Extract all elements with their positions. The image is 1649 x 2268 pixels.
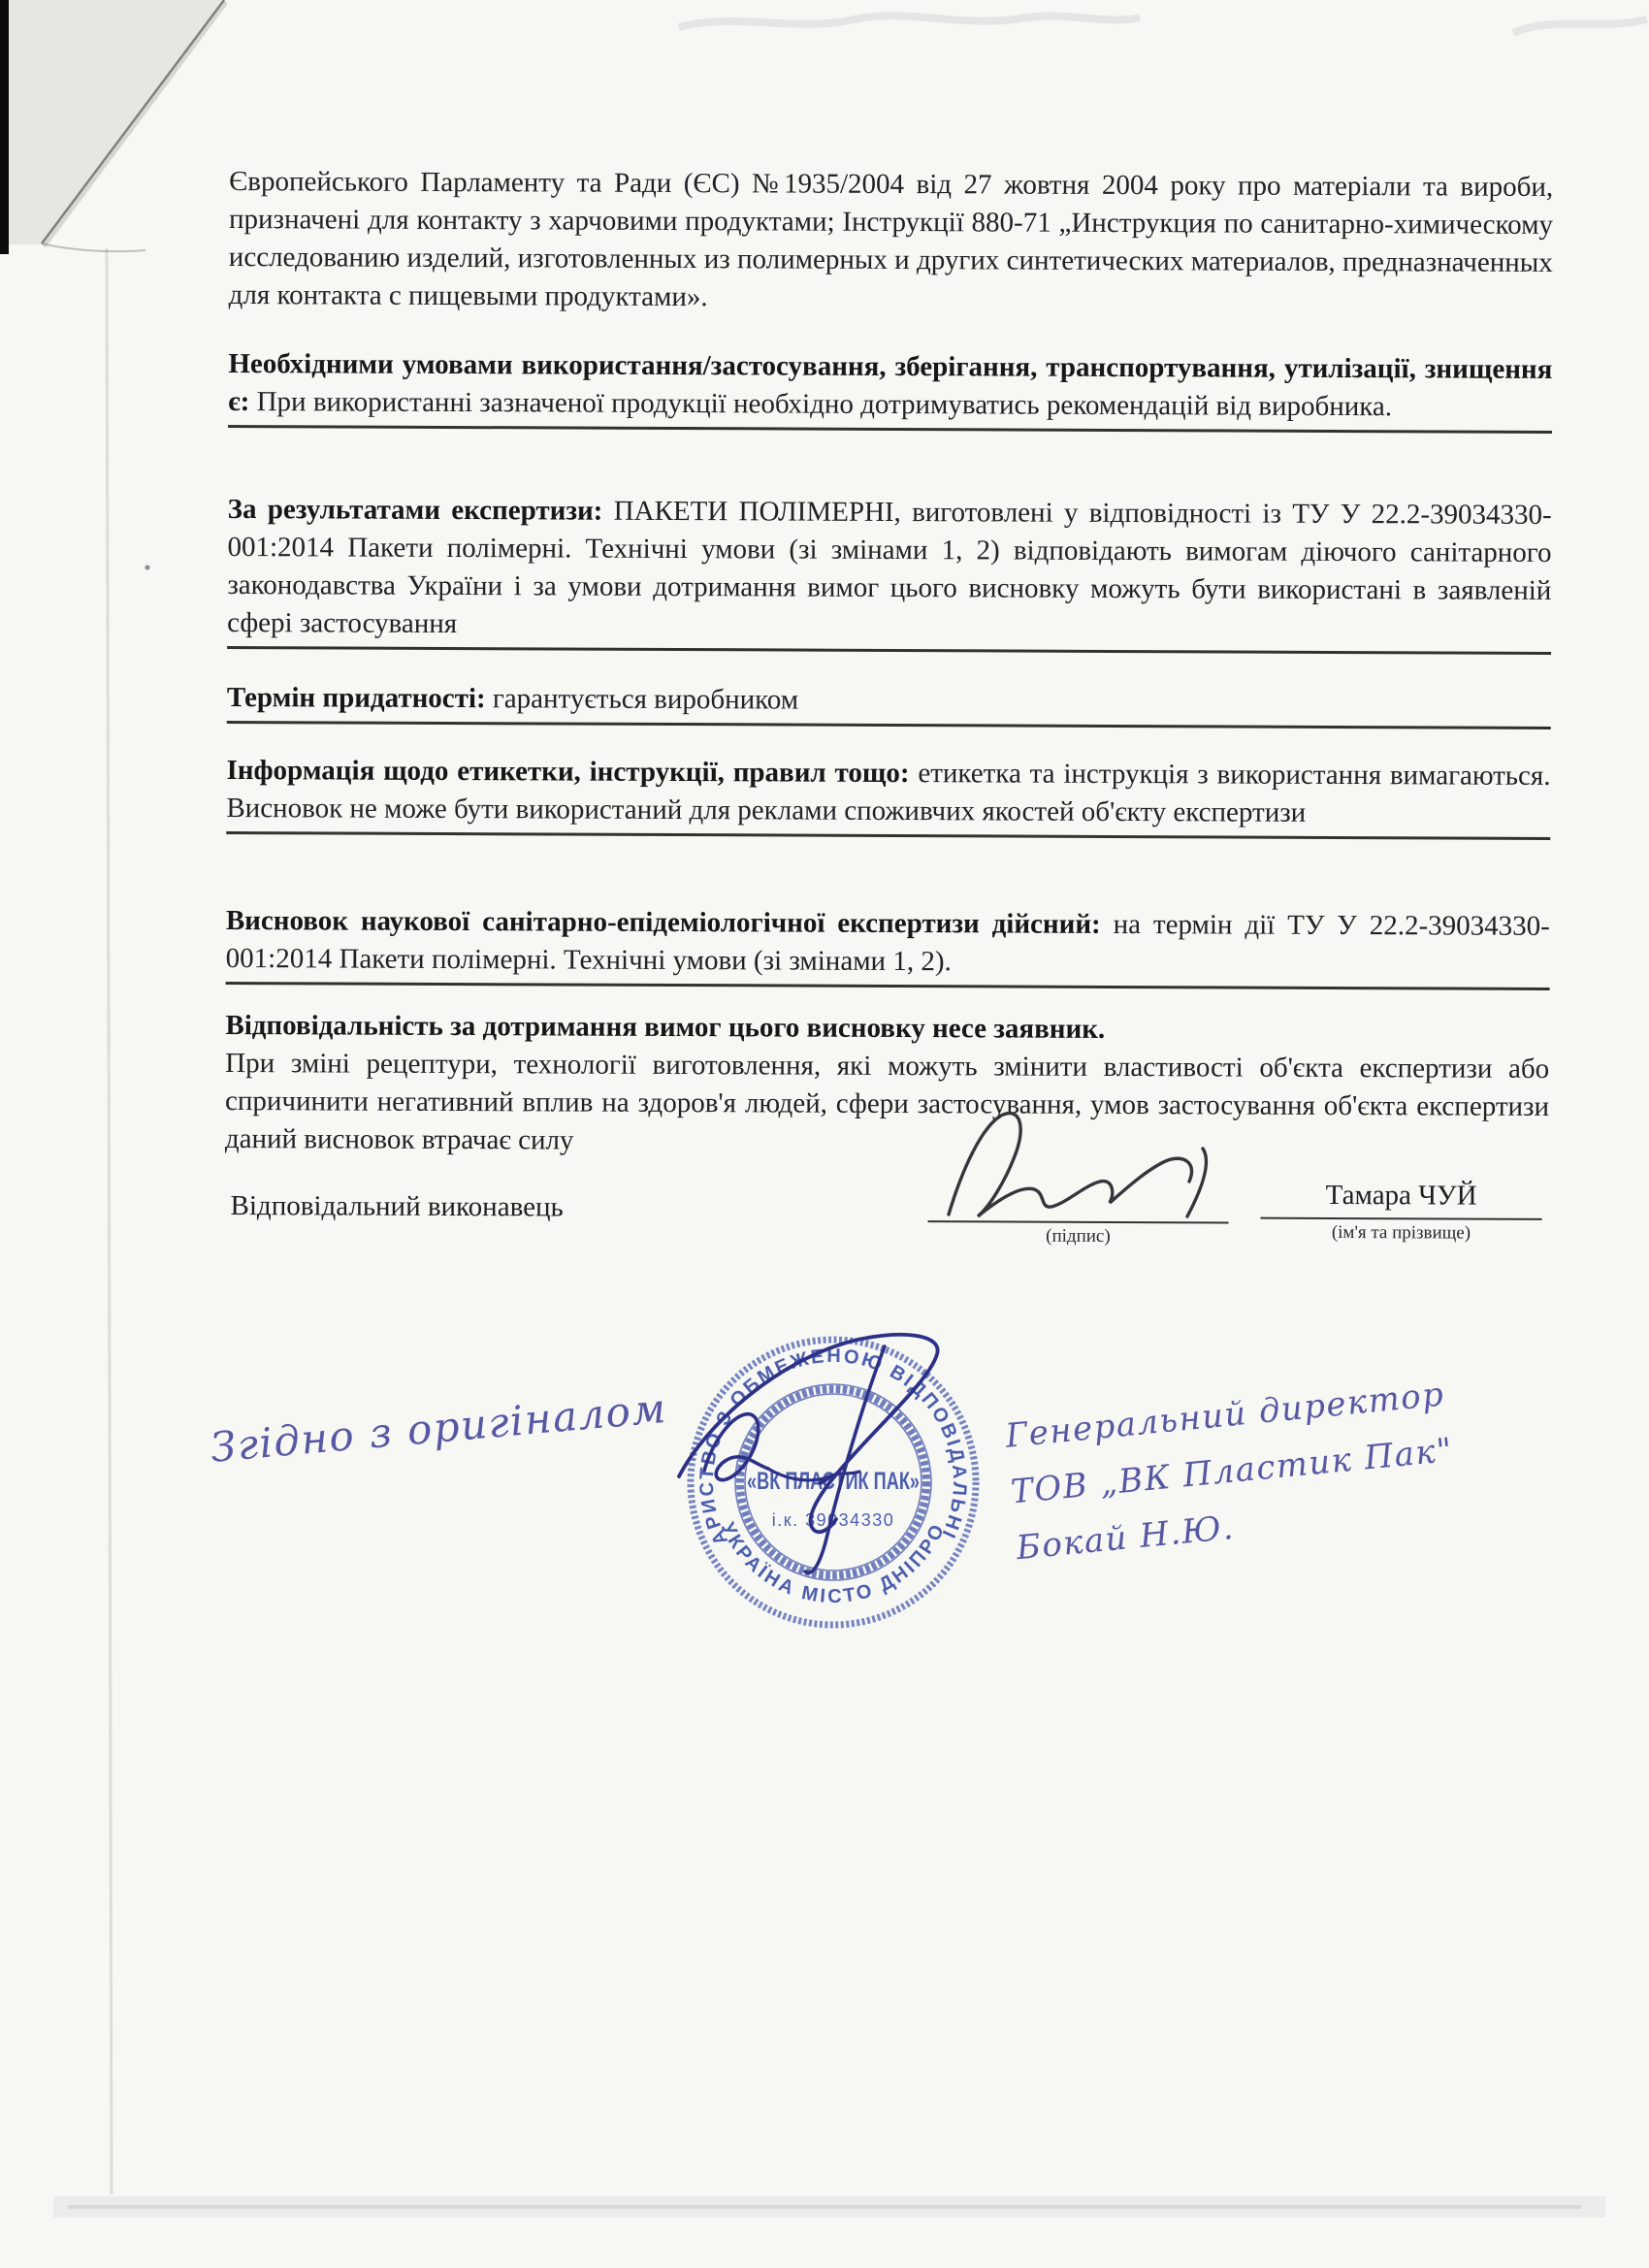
name-caption: (ім'я та прізвище) [1260, 1222, 1541, 1245]
section-expertise-results-heading: За результатами експертизи: [228, 494, 603, 527]
bleedthrough-marks [679, 16, 1140, 27]
signature-block: Відповідальний виконавець (підпис) Тамар… [224, 1140, 1549, 1291]
scanner-edge-strip [0, 0, 9, 254]
folded-corner [0, 0, 223, 244]
section-usage-conditions-text: При використанні зазначеної продукції не… [249, 386, 1392, 422]
page-edge-shadow [107, 248, 112, 2194]
intro-paragraph: Європейського Парламенту та Ради (ЄС) №1… [229, 163, 1554, 320]
section-expertise-results: За результатами експертизи: ПАКЕТИ ПОЛІМ… [227, 491, 1552, 655]
section-usage-conditions: Необхідними умовами використання/застосу… [228, 345, 1552, 434]
signature-caption: (підпис) [927, 1225, 1228, 1247]
executor-name: Тамара ЧУЙ [1261, 1180, 1542, 1218]
scanned-document-page: Європейського Парламенту та Ради (ЄС) №1… [0, 0, 1649, 2268]
signature-field: (підпис) [927, 1220, 1228, 1247]
section-validity-heading: Висновок наукової санітарно-епідеміологі… [226, 905, 1101, 940]
fold-crease-tail [42, 243, 145, 251]
section-shelf-life: Термін придатності: гарантується виробни… [227, 679, 1551, 729]
name-rule [1261, 1217, 1542, 1220]
name-field: Тамара ЧУЙ (ім'я та прізвище) [1260, 1180, 1541, 1245]
section-shelf-life-text: гарантується виробником [486, 683, 799, 715]
stamp-center-name: «ВК ПЛАСТИК ПАК» [747, 1468, 920, 1495]
section-responsibility-heading: Відповідальність за дотримання вимог цьо… [225, 1007, 1549, 1051]
section-validity: Висновок наукової санітарно-епідеміологі… [226, 902, 1550, 990]
executor-label: Відповідальний виконавець [231, 1190, 564, 1223]
document-body: Європейського Парламенту та Ради (ЄС) №1… [230, 0, 1554, 6]
stamp-center-code: і.к. 39034330 [772, 1510, 894, 1530]
bottom-smudge-line [68, 2205, 1581, 2209]
section-label-info-heading: Інформація щодо етикетки, інструкції, пр… [226, 755, 909, 789]
section-label-info: Інформація щодо етикетки, інструкції, пр… [226, 752, 1550, 840]
section-shelf-life-heading: Термін придатності: [227, 682, 486, 714]
ink-dot [145, 565, 149, 569]
fold-crease-shadow [44, 2, 226, 246]
handwritten-note-director: Генеральний директор ТОВ „ВК Пластик Пак… [1003, 1366, 1461, 1576]
handwritten-note-copy: Згідно з оригіналом [209, 1384, 668, 1472]
bleedthrough-marks-right [1513, 19, 1647, 33]
fold-crease-line [42, 0, 224, 243]
bottom-smudge [53, 2196, 1605, 2218]
company-stamp: ТОВАРИСТВО З ОБМЕЖЕНОЮ ВІДПОВІДАЛЬНІСТЮ … [682, 1331, 985, 1634]
